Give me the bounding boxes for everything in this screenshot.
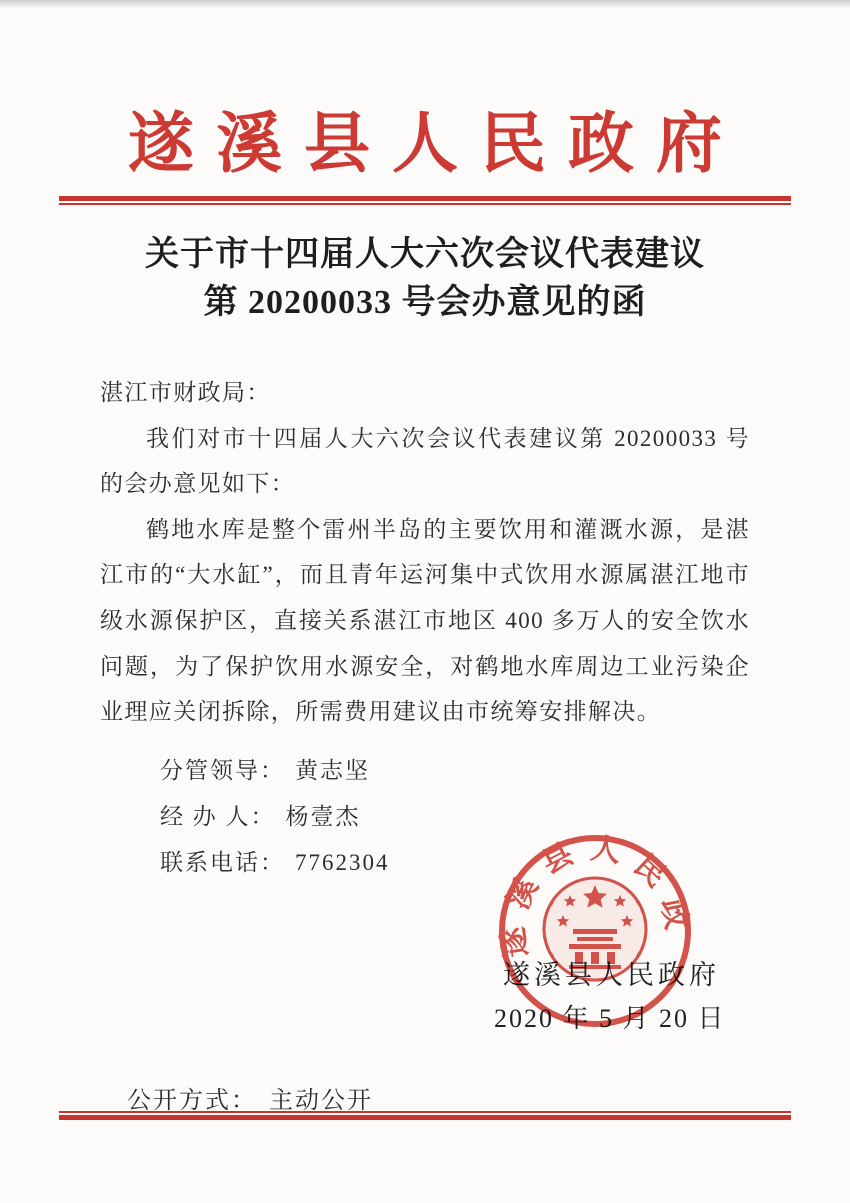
document-title: 关于市十四届人大六次会议代表建议 第 20200033 号会办意见的函: [0, 231, 850, 327]
contact-row-phone: 联系电话：7762304: [160, 840, 390, 886]
paragraph-2: 鹤地水库是整个雷州半岛的主要饮用和灌溉水源，是湛江市的“大水缸”，而且青年运河集…: [100, 507, 750, 735]
contact-value: 7762304: [295, 850, 390, 875]
contact-row-leader: 分管领导：黄志坚: [160, 748, 390, 794]
official-seal: 遂溪县人民政府: [489, 825, 701, 1037]
national-emblem-icon: [544, 878, 646, 980]
contact-label: 经 办 人：: [160, 804, 276, 829]
document-title-line2: 第 20200033 号会办意见的函: [0, 279, 850, 327]
document-page: 遂溪县人民政府 关于市十四届人大六次会议代表建议 第 20200033 号会办意…: [0, 0, 850, 1203]
contact-row-handler: 经 办 人：杨壹杰: [160, 794, 390, 840]
footer-rule-thick: [59, 1115, 791, 1120]
header-rule: [59, 196, 791, 205]
contact-value: 黄志坚: [295, 758, 370, 783]
footer-rule: [59, 1111, 791, 1120]
contact-label: 分管领导：: [160, 758, 285, 783]
footer-rule-thin: [59, 1111, 791, 1113]
contact-value: 杨壹杰: [286, 804, 361, 829]
header-rule-thin: [59, 203, 791, 205]
header-rule-thick: [59, 196, 791, 201]
document-body: 湛江市财政局： 我们对市十四届人大六次会议代表建议第 20200033 号的会办…: [100, 370, 750, 735]
document-title-line1: 关于市十四届人大六次会议代表建议: [0, 231, 850, 279]
org-name-title: 遂溪县人民政府: [0, 90, 850, 185]
contact-block: 分管领导：黄志坚 经 办 人：杨壹杰 联系电话：7762304: [160, 748, 390, 886]
disclosure-line: 公开方式：主动公开: [127, 1080, 373, 1115]
contact-label: 联系电话：: [160, 850, 285, 875]
recipient-line: 湛江市财政局：: [100, 370, 750, 416]
paragraph-1: 我们对市十四届人大六次会议代表建议第 20200033 号的会办意见如下：: [100, 416, 750, 507]
